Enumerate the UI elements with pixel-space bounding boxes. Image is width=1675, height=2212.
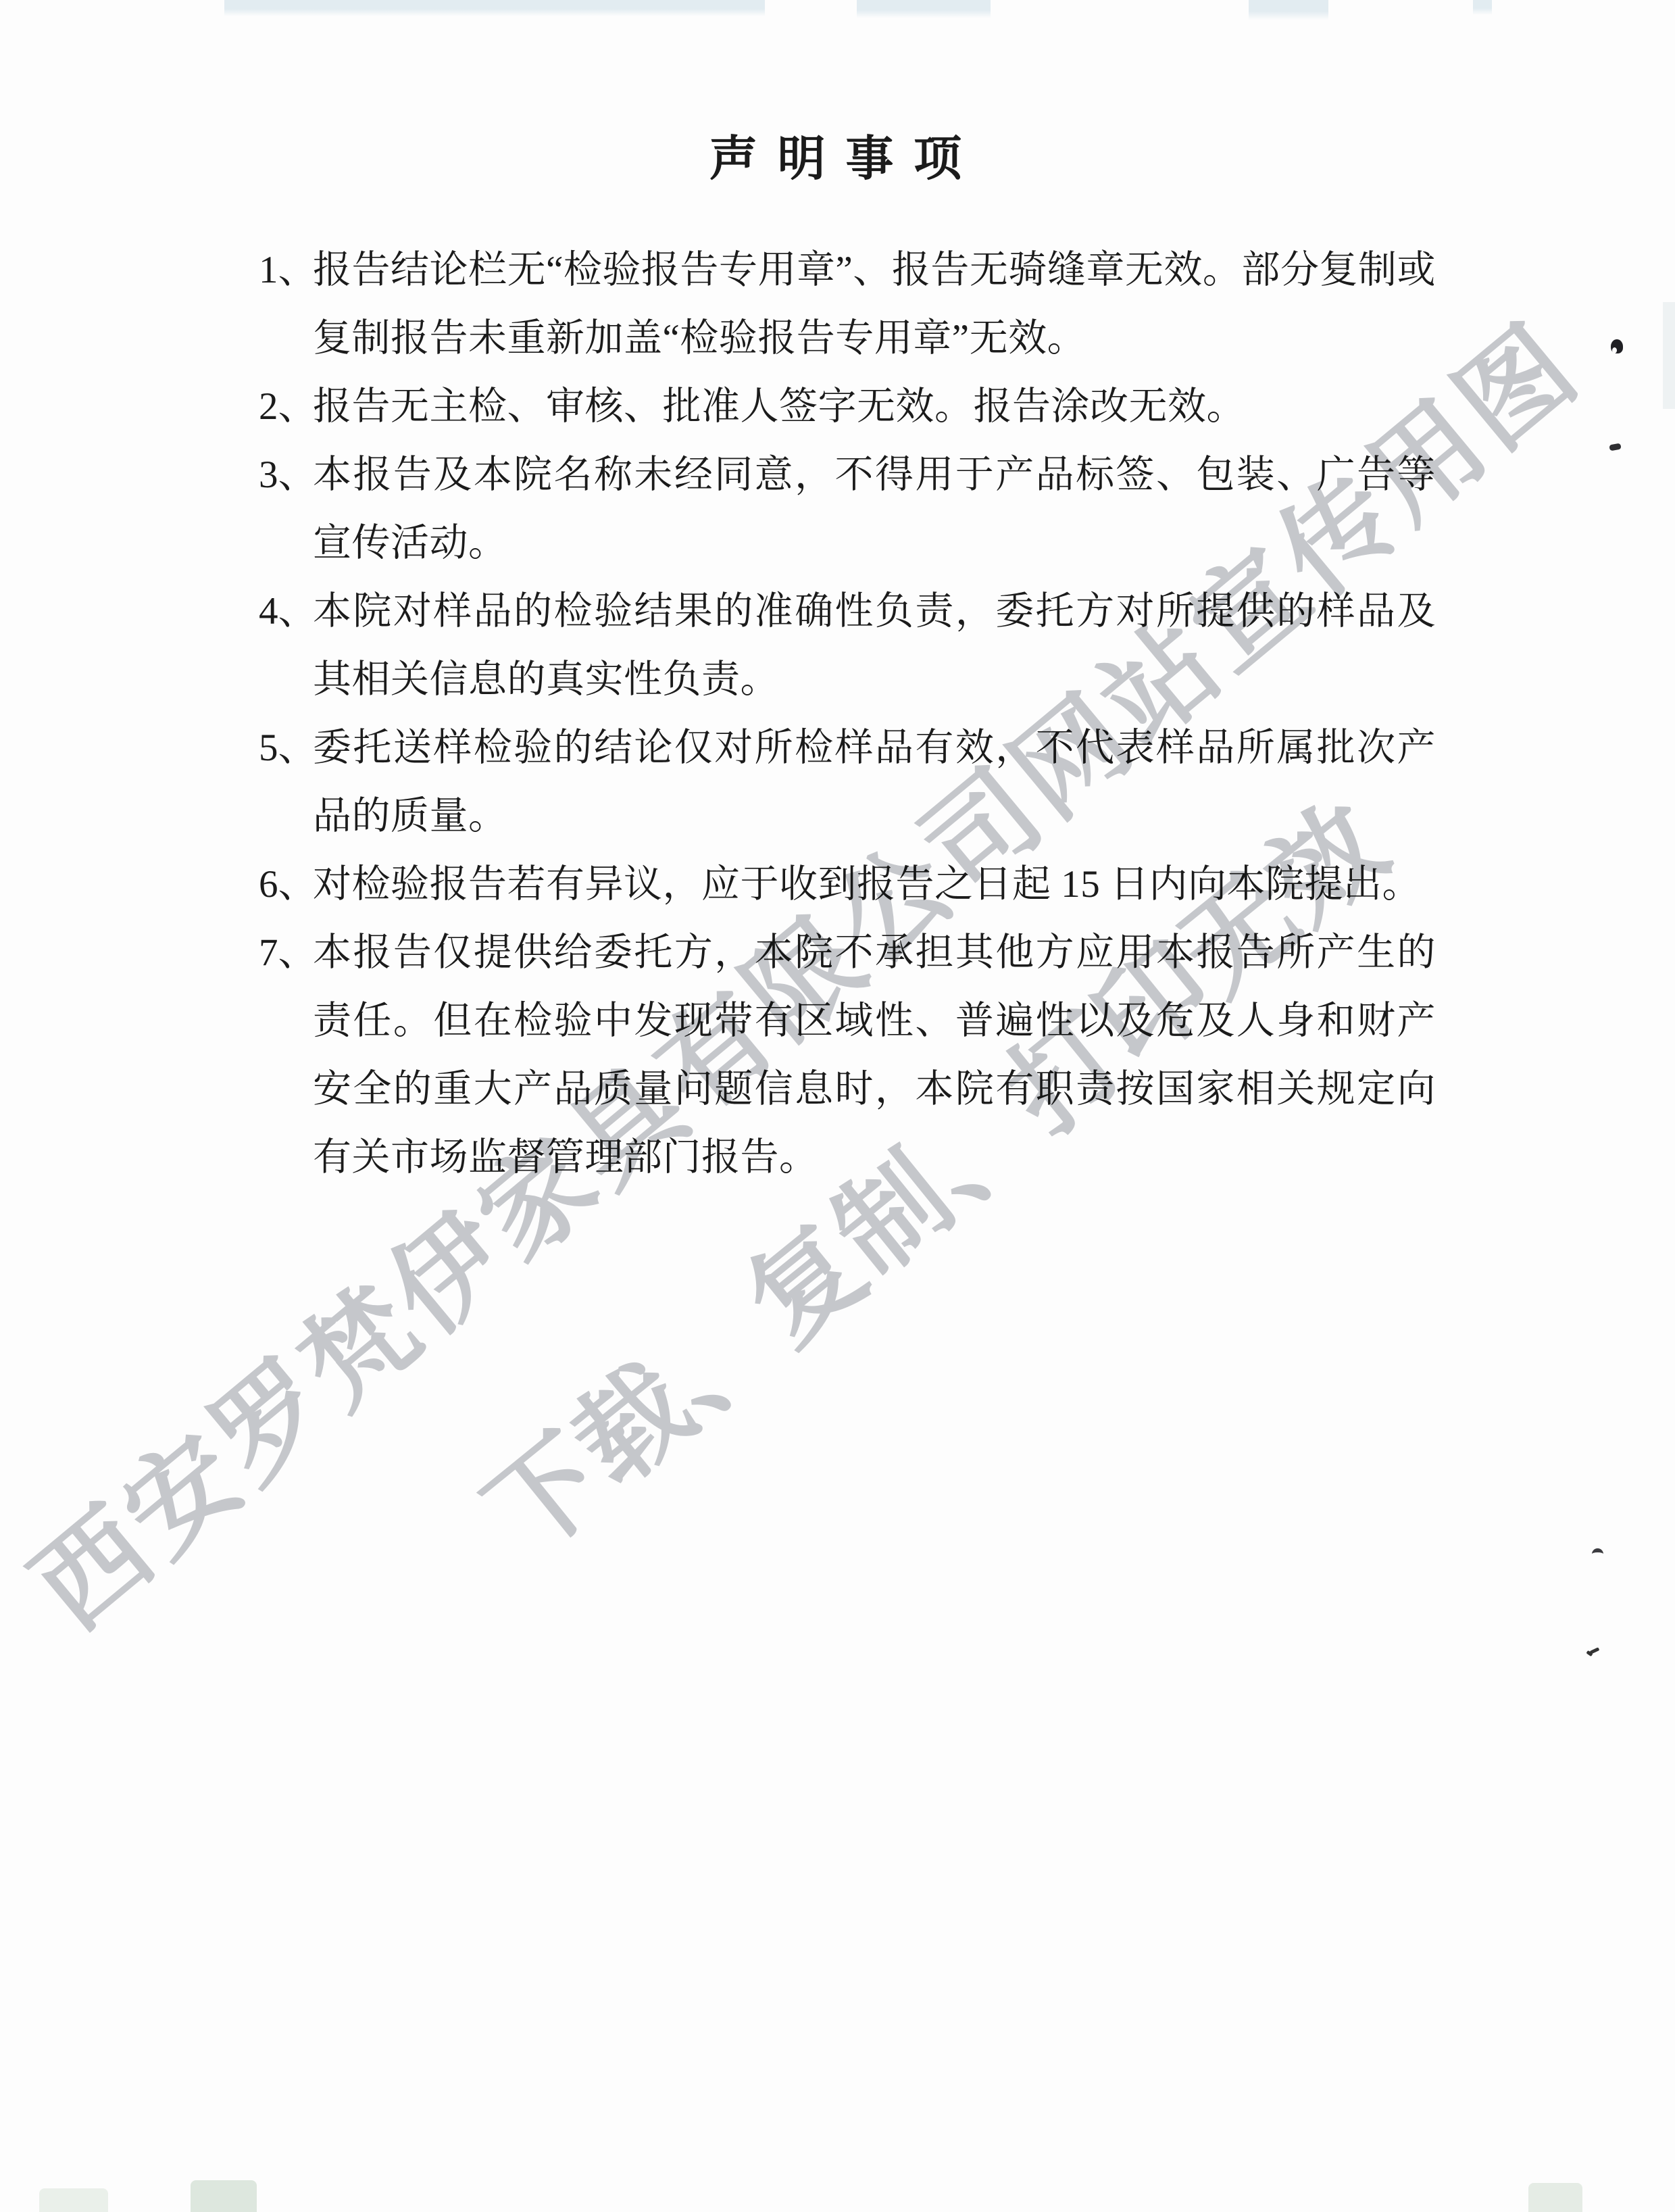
statement-item-7: 7、 本报告仅提供给委托方，本院不承担其他方应用本报告所产生的责任。但在检验中发…: [259, 918, 1436, 1191]
item-6-number: 6、: [259, 850, 317, 918]
item-4-text: 本院对样品的检验结果的准确性负责，委托方对所提供的样品及其相关信息的真实性负责。: [313, 590, 1436, 701]
statement-item-2: 2、 报告无主检、审核、批准人签字无效。报告涂改无效。: [259, 372, 1436, 441]
item-3-number: 3、: [259, 441, 317, 509]
item-7-text: 本报告仅提供给委托方，本院不承担其他方应用本报告所产生的责任。但在检验中发现带有…: [313, 931, 1436, 1179]
item-2-text: 报告无主检、审核、批准人签字无效。报告涂改无效。: [313, 385, 1245, 428]
item-6-text: 对检验报告若有异议，应于收到报告之日起 15 日内向本院提出。: [313, 863, 1421, 906]
item-3-text: 本报告及本院名称未经同意，不得用于产品标签、包装、广告等宣传活动。: [313, 453, 1436, 564]
item-4-number: 4、: [259, 577, 317, 645]
statement-page: 声 明 事 项 1、 报告结论栏无“检验报告专用章”、报告无骑缝章无效。部分复制…: [0, 0, 1675, 2212]
item-5-text: 委托送样检验的结论仅对所检样品有效，不代表样品所属批次产品的质量。: [313, 727, 1436, 837]
statement-content: 声 明 事 项 1、 报告结论栏无“检验报告专用章”、报告无骑缝章无效。部分复制…: [0, 0, 1675, 2212]
item-2-number: 2、: [259, 372, 317, 441]
item-7-number: 7、: [259, 918, 317, 987]
page-title: 声 明 事 项: [0, 120, 1675, 189]
item-1-number: 1、: [259, 236, 317, 304]
statement-item-1: 1、 报告结论栏无“检验报告专用章”、报告无骑缝章无效。部分复制或复制报告未重新…: [259, 236, 1436, 372]
statement-item-6: 6、 对检验报告若有异议，应于收到报告之日起 15 日内向本院提出。: [259, 850, 1436, 918]
item-5-number: 5、: [259, 714, 317, 782]
statement-item-4: 4、 本院对样品的检验结果的准确性负责，委托方对所提供的样品及其相关信息的真实性…: [259, 577, 1436, 714]
statement-item-5: 5、 委托送样检验的结论仅对所检样品有效，不代表样品所属批次产品的质量。: [259, 714, 1436, 850]
statement-item-3: 3、 本报告及本院名称未经同意，不得用于产品标签、包装、广告等宣传活动。: [259, 441, 1436, 577]
statement-list: 1、 报告结论栏无“检验报告专用章”、报告无骑缝章无效。部分复制或复制报告未重新…: [259, 236, 1436, 1191]
item-1-text: 报告结论栏无“检验报告专用章”、报告无骑缝章无效。部分复制或复制报告未重新加盖“…: [313, 249, 1436, 360]
